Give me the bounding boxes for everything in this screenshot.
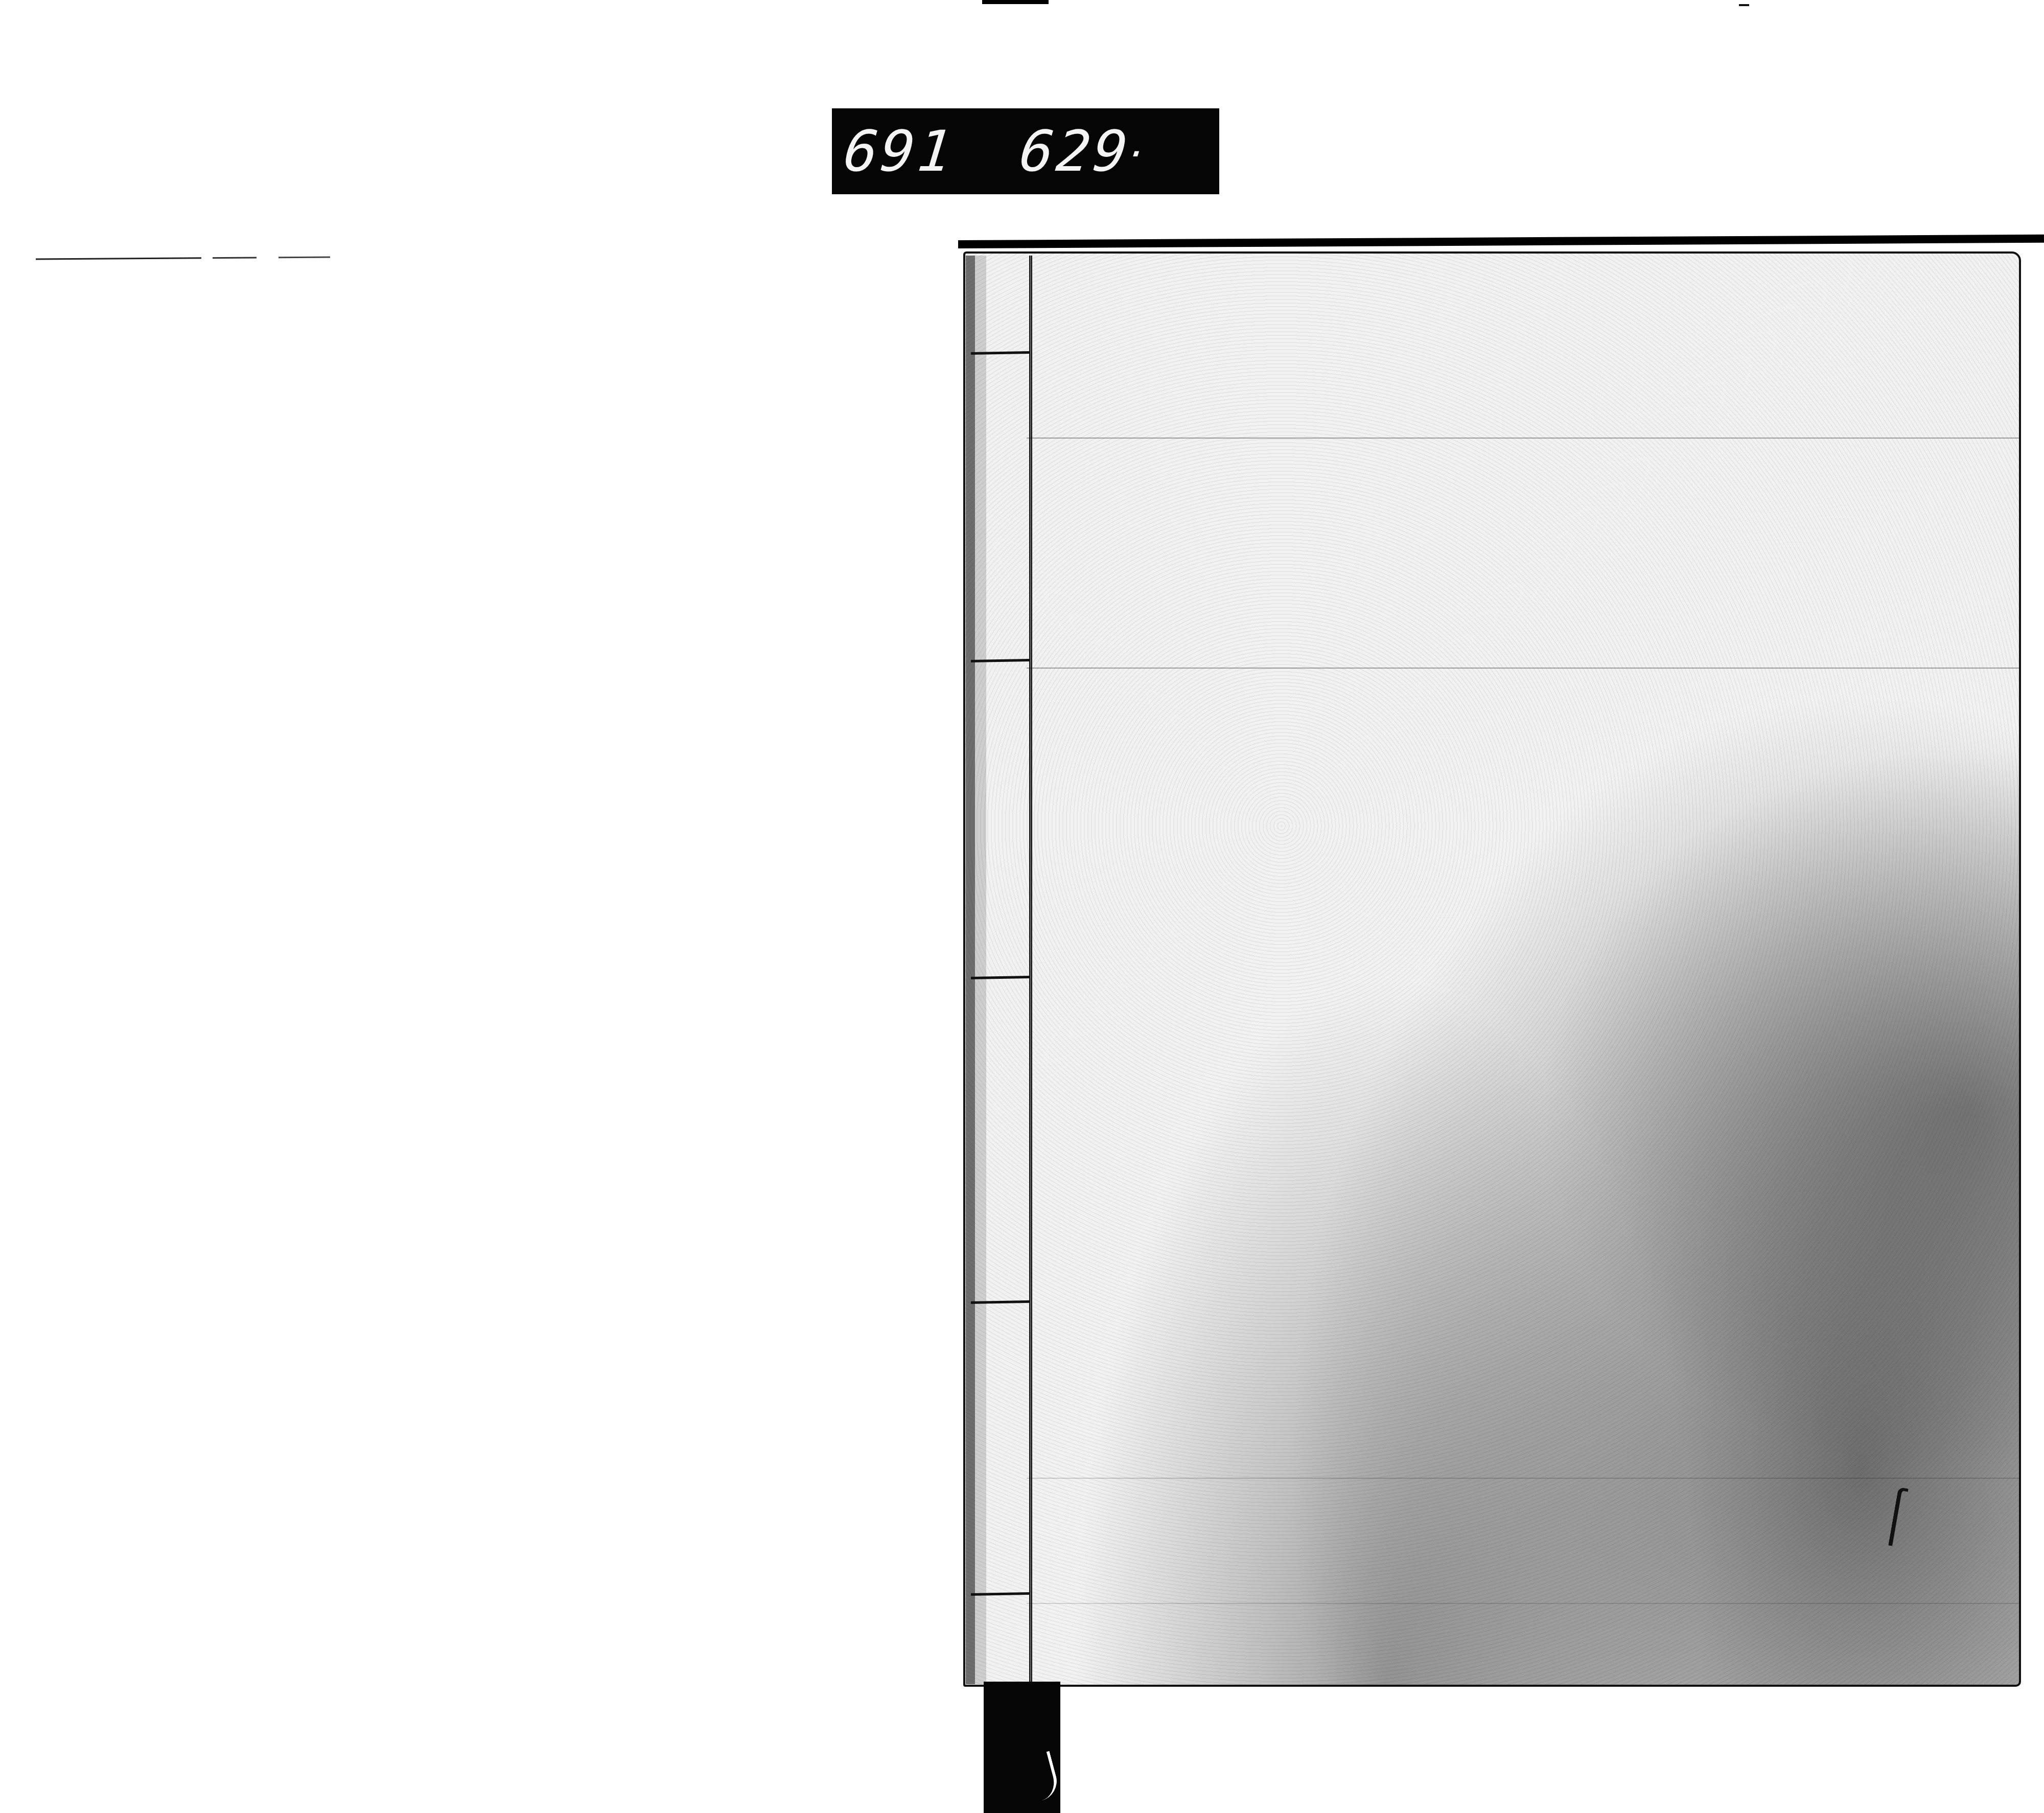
frame-counter-left-group: 6 9 1 bbox=[844, 123, 943, 179]
counter-digit: 6 bbox=[841, 123, 873, 179]
counter-digit: 2 bbox=[1054, 123, 1085, 179]
book-spine-binding bbox=[966, 256, 1032, 1684]
book-top-edge bbox=[958, 235, 2044, 248]
paper-crease bbox=[1027, 1478, 2019, 1479]
tab-fold bbox=[1027, 1751, 1061, 1802]
counter-dot: . bbox=[1123, 126, 1154, 179]
counter-digit: 9 bbox=[878, 123, 910, 179]
counter-digit: 1 bbox=[915, 123, 946, 179]
counter-digit: 9 bbox=[1090, 123, 1122, 179]
binding-tab bbox=[984, 1682, 1060, 1813]
frame-counter-right-group: 6 2 9 . bbox=[1020, 123, 1151, 179]
counter-digit: 6 bbox=[1017, 123, 1049, 179]
book-cover bbox=[963, 251, 2021, 1687]
paper-crease bbox=[1027, 1603, 2019, 1604]
frame-counter: 6 9 1 6 2 9 . bbox=[832, 108, 1219, 194]
paper-crease bbox=[1027, 438, 2019, 439]
paper-crease bbox=[1027, 668, 2019, 669]
stray-scan-line bbox=[36, 256, 404, 260]
scan-speck bbox=[1739, 4, 1749, 6]
scan-edge-strip bbox=[982, 0, 1049, 4]
